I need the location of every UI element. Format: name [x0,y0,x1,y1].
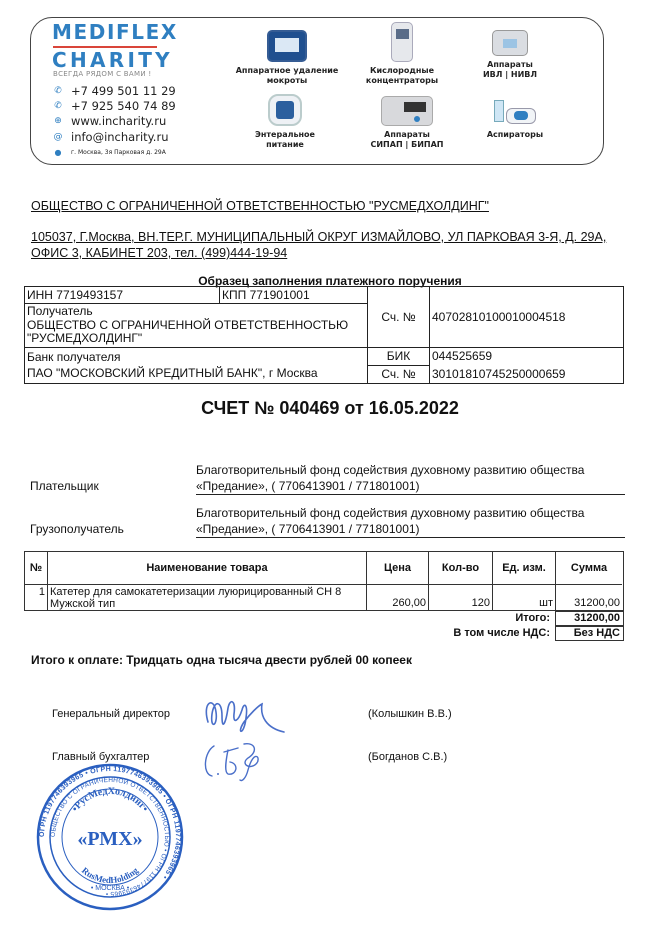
contact-email: @ info@incharity.ru [53,130,168,144]
row-num: 1 [25,585,48,610]
contact-phone-2: ✆ +7 925 540 74 89 [53,99,176,113]
svg-text:RusMedHolding: RusMedHolding [80,865,141,885]
kpp-cell: КПП 771901001 [220,287,368,304]
row-qty: 120 [429,585,493,610]
company-address: 105037, Г.Москва, ВН.ТЕР.Г. МУНИЦИПАЛЬНЫ… [31,229,621,261]
at-icon: @ [53,132,63,142]
location-pin-icon: ● [53,148,63,157]
corr-account-label-cell: Сч. № [368,366,430,384]
ventilator-icon [492,30,528,56]
director-label: Генеральный директор [52,708,170,720]
row-name: Катетер для самокатетеризации луюрициров… [48,585,367,610]
company-name: ОБЩЕСТВО С ОГРАНИЧЕННОЙ ОТВЕТСТВЕННОСТЬЮ… [31,199,489,213]
director-signature [200,692,290,740]
globe-icon: ⊕ [53,116,63,126]
recipient-cell: Получатель ОБЩЕСТВО С ОГРАНИЧЕННОЙ ОТВЕТ… [25,304,368,348]
bik-cell: 044525659 [430,348,623,366]
contact-phone-1: ✆ +7 499 501 11 29 [53,84,176,98]
bik-label-cell: БИК [368,348,430,366]
consignee-value: Благотворительный фонд содействия духовн… [196,505,625,538]
total-value: 31200,00 [555,611,624,626]
contact-website: ⊕ www.incharity.ru [53,114,166,128]
consignee-label: Грузополучатель [30,522,124,536]
phone-icon: ✆ [53,86,63,96]
seal-center-text: «РМХ» [77,828,142,850]
seal-city-text: • МОСКВА • [91,885,130,892]
vat-label: В том числе НДС: [400,627,550,639]
aspirator-icon [494,96,536,126]
account-label-cell: Сч. № [368,287,430,348]
product-cpap-bipap: Аппараты СИПАП | БИПАП [357,96,457,150]
col-header-price: Цена [367,552,429,585]
row-sum: 31200,00 [556,585,622,610]
cpap-device-icon [381,96,433,126]
col-header-qty: Кол-во [429,552,493,585]
payer-label: Плательщик [30,479,99,493]
product-airway-clearance: Аппаратное удаление мокроты [232,30,342,86]
product-oxygen-concentrator: Кислородные концентраторы [357,22,447,86]
invoice-title: СЧЕТ № 040469 от 16.05.2022 [0,398,660,419]
logo-charity: CHARITY [52,48,173,72]
bank-details-table: ИНН 7719493157 КПП 771901001 Получатель … [24,286,624,384]
row-price: 260,00 [367,585,429,610]
product-aspirators: Аспираторы [475,96,555,140]
corr-account-cell: 30101810745250000659 [430,366,623,384]
product-enteral-nutrition: Энтеральное питание [245,94,325,150]
amount-in-words: Итого к оплате: Тридцать одна тысяча две… [31,653,412,667]
director-name: (Колышкин В.В.) [368,708,452,720]
accountant-name: (Богданов С.В.) [368,751,447,763]
col-header-unit: Ед. изм. [493,552,556,585]
phone-icon: ✆ [53,101,63,111]
contact-address: ● г. Москва, 3я Парковая д. 29А [53,148,166,157]
total-label: Итого: [400,612,550,624]
col-header-sum: Сумма [556,552,622,585]
company-seal: ОГРН 1197746393965 • ОГРН 1197746393965 … [35,762,185,912]
account-cell: 40702810100010004518 [430,287,623,348]
payer-value: Благотворительный фонд содействия духовн… [196,462,625,495]
enteral-pump-icon [268,94,302,126]
items-table: № Наименование товара Цена Кол-во Ед. из… [24,551,624,611]
inn-cell: ИНН 7719493157 [25,287,220,304]
oxygen-concentrator-icon [391,22,413,62]
accountant-signature [200,740,270,785]
row-unit: шт [493,585,556,610]
bank-cell: Банк получателя ПАО "МОСКОВСКИЙ КРЕДИТНЫ… [25,348,368,384]
logo-tagline: ВСЕГДА РЯДОМ С ВАМИ ! [53,70,152,78]
airway-clearance-device-icon [267,30,307,62]
vat-value: Без НДС [555,626,624,641]
col-header-name: Наименование товара [48,552,367,585]
col-header-num: № [25,552,48,585]
product-ventilators: Аппараты ИВЛ | НИВЛ [465,30,555,80]
logo-mediflex: MEDIFLEX [52,20,178,44]
